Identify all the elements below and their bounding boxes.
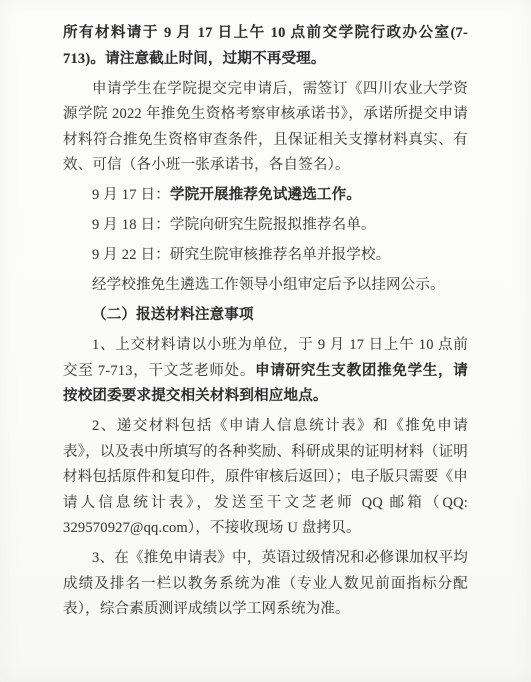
document-body: 所有材料请于 9 月 17 日上午 10 点前交学院行政办公室(7-713)。请… [63, 21, 468, 627]
paragraph: 2、递交材料包括《申请人信息统计表》和《推免申请表》，以及表中所填写的各种奖励、… [63, 414, 468, 542]
text-segment: 9 月 18 日：学院向研究生院报拟推荐名单。 [92, 217, 376, 233]
emphasis-text: （二）报送材料注意事项 [92, 307, 254, 323]
text-segment: 9 月 22 日：研究生院审核推荐名单并报学校。 [92, 247, 390, 263]
paragraph: 3、在《推免申请表》中，英语过级情况和必修课加权平均成绩及排名一栏以教务系统为准… [63, 546, 468, 623]
text-segment: 申请学生在学院提交完申请后，需签订《四川农业大学资源学院 2022 年推免生资格… [63, 81, 468, 174]
paragraph: 申请学生在学院提交完申请后，需签订《四川农业大学资源学院 2022 年推免生资格… [63, 77, 468, 179]
text-segment: 经学校推免生遴选工作领导小组审定后予以挂网公示。 [92, 277, 445, 293]
text-segment: 3、在《推免申请表》中，英语过级情况和必修课加权平均成绩及排名一栏以教务系统为准… [63, 550, 468, 617]
paragraph: 9 月 22 日：研究生院审核推荐名单并报学校。 [63, 243, 468, 269]
text-segment: 2、递交材料包括《申请人信息统计表》和《推免申请表》，以及表中所填写的各种奖励、… [63, 418, 468, 536]
emphasis-text: 学院开展推荐免试遴选工作。 [170, 187, 361, 203]
paragraph: （二）报送材料注意事项 [63, 303, 468, 329]
paragraph: 9 月 17 日：学院开展推荐免试遴选工作。 [63, 183, 468, 209]
text-segment: 9 月 17 日： [92, 187, 170, 203]
paragraph: 所有材料请于 9 月 17 日上午 10 点前交学院行政办公室(7-713)。请… [63, 21, 468, 72]
emphasis-text: 所有材料请于 9 月 17 日上午 10 点前交学院行政办公室(7-713)。请… [63, 25, 468, 67]
paragraph: 9 月 18 日：学院向研究生院报拟推荐名单。 [63, 213, 468, 239]
paragraph: 经学校推免生遴选工作领导小组审定后予以挂网公示。 [63, 273, 468, 299]
paragraph: 1、上交材料请以小班为单位，于 9 月 17 日上午 10 点前交至 7-713… [63, 333, 468, 410]
document-page: 所有材料请于 9 月 17 日上午 10 点前交学院行政办公室(7-713)。请… [0, 0, 531, 682]
